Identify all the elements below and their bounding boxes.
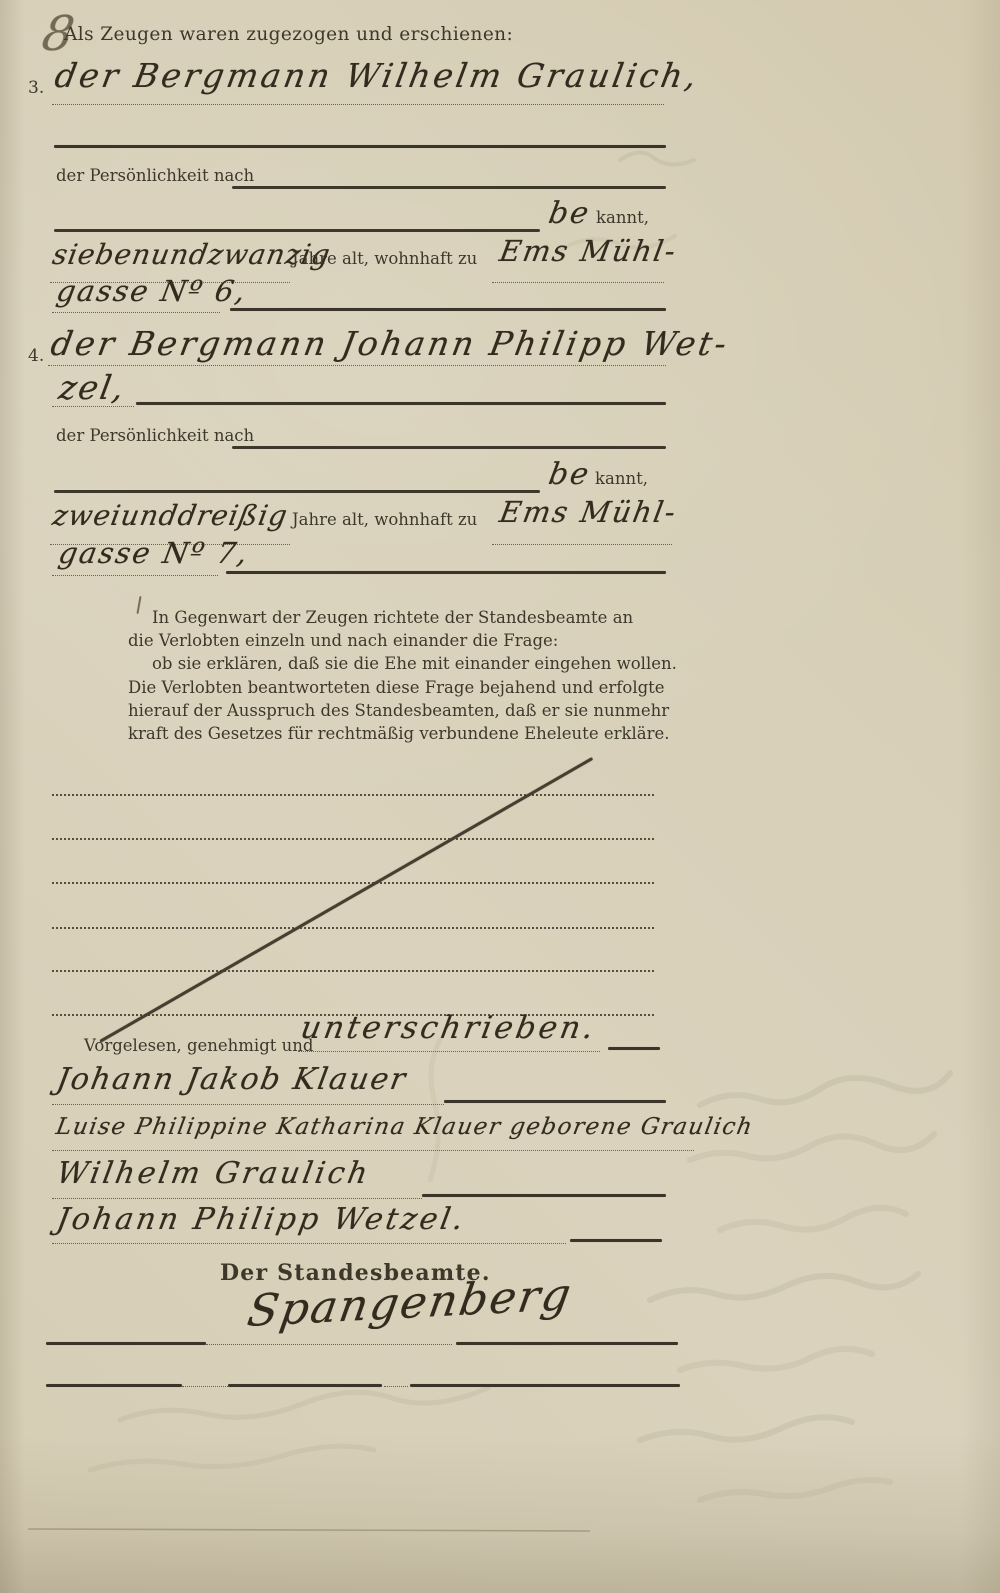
witness4-recognized-hand: be — [546, 457, 593, 492]
witness3-recognized-hand: be — [546, 196, 593, 231]
signature-bride: Luise Philippine Katharina Klauer gebore… — [54, 1114, 756, 1140]
declaration-line: In Gegenwart der Zeugen richtete der Sta… — [128, 606, 673, 629]
strikethrough-line — [99, 757, 593, 1042]
solid-rule — [422, 1194, 666, 1197]
solid-rule — [410, 1384, 680, 1387]
witness4-number: 4. — [28, 346, 44, 366]
witness4-name-line2: zel, — [56, 368, 129, 407]
declaration-line: hierauf der Ausspruch des Standesbeamten… — [128, 699, 673, 722]
dotted-rule — [52, 1243, 566, 1244]
solid-rule — [608, 1047, 660, 1050]
dotted-rule — [52, 1104, 444, 1105]
witnesses-intro-heading: Als Zeugen waren zugezogen und erschiene… — [64, 24, 513, 45]
signature-witness2: Johann Philipp Wetzel. — [54, 1202, 469, 1237]
dotted-rule — [52, 1150, 694, 1151]
witness4-residence-line2: gasse Nº 7, — [56, 536, 252, 570]
dotted-rule — [384, 1386, 408, 1387]
declaration-paragraph: In Gegenwart der Zeugen richtete der Sta… — [128, 606, 673, 745]
solid-rule — [230, 308, 666, 311]
solid-rule — [46, 1342, 206, 1345]
solid-rule — [54, 229, 540, 232]
declaration-line: ob sie erklären, daß sie die Ehe mit ein… — [128, 652, 673, 675]
solid-rule — [456, 1342, 678, 1345]
dotted-rule — [492, 282, 664, 283]
witness4-identity-label: der Persönlichkeit nach — [56, 426, 254, 445]
dotted-rule — [52, 312, 220, 313]
dotted-rule — [52, 882, 654, 884]
closing-handwritten: unterschrieben. — [298, 1010, 599, 1046]
solid-rule — [444, 1100, 666, 1103]
dotted-rule — [206, 1344, 452, 1345]
dotted-rule — [52, 927, 654, 929]
solid-rule — [226, 571, 666, 574]
witness3-recognized-print: kannt, — [596, 208, 649, 227]
closing-printed: Vorgelesen, genehmigt und — [84, 1036, 313, 1055]
witness3-name-entry: der Bergmann Wilhelm Graulich, — [52, 56, 702, 95]
solid-rule — [54, 490, 540, 493]
dotted-rule — [298, 1051, 600, 1052]
solid-rule — [232, 446, 666, 449]
solid-rule — [136, 402, 666, 405]
dotted-rule — [52, 406, 134, 407]
witness4-age-label: Jahre alt, wohnhaft zu — [292, 510, 477, 529]
witness3-age-label: Jahre alt, wohnhaft zu — [292, 249, 477, 268]
solid-rule — [570, 1239, 662, 1242]
witness4-residence-value: Ems Mühl- — [497, 495, 680, 529]
solid-rule — [232, 186, 666, 189]
solid-rule — [46, 1384, 182, 1387]
solid-rule — [54, 145, 666, 148]
witness4-recognized-print: kannt, — [595, 469, 648, 488]
declaration-line: kraft des Gesetzes für rechtmäßig verbun… — [128, 722, 673, 745]
witness3-number: 3. — [28, 78, 44, 98]
dotted-rule — [48, 365, 666, 366]
declaration-line: die Verlobten einzeln und nach einander … — [128, 629, 673, 652]
witness3-residence-value: Ems Mühl- — [497, 234, 680, 268]
witness3-residence-line2: gasse Nº 6, — [54, 274, 250, 308]
signature-groom: Johann Jakob Klauer — [54, 1062, 410, 1097]
witness4-age-value: zweiunddreißig — [50, 499, 290, 532]
dotted-rule — [52, 575, 218, 576]
dotted-rule — [492, 544, 672, 545]
declaration-line: Die Verlobten beantworteten diese Frage … — [128, 676, 673, 699]
dotted-rule — [182, 1386, 228, 1387]
witness4-name-entry: der Bergmann Johann Philipp Wet- — [48, 324, 732, 363]
dotted-rule — [52, 794, 654, 796]
bleedthrough-rule — [28, 1529, 590, 1531]
witness3-identity-label: der Persönlichkeit nach — [56, 166, 254, 185]
solid-rule — [228, 1384, 382, 1387]
dotted-rule — [52, 104, 664, 105]
dotted-rule — [52, 970, 654, 972]
dotted-rule — [52, 838, 654, 840]
dotted-rule — [52, 1198, 422, 1199]
registry-document-page: 8 Als Zeugen waren zugezogen und erschie… — [0, 0, 1000, 1593]
witness3-age-value: siebenundzwanzig — [50, 238, 333, 271]
signature-witness1: Wilhelm Graulich — [54, 1156, 373, 1191]
